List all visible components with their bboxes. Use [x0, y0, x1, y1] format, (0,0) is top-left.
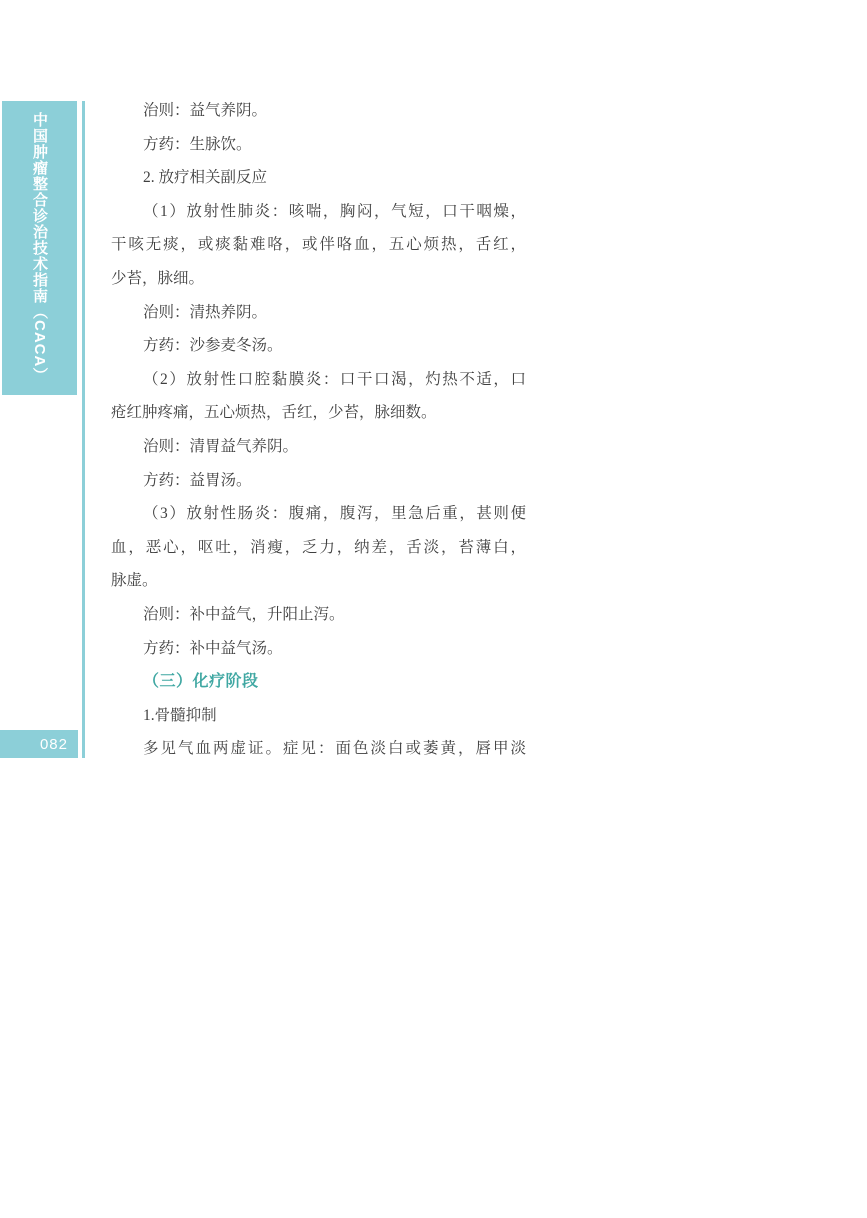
text-line: 治则：补中益气，升阳止泻。	[111, 598, 526, 632]
text-line: 治则：益气养阴。	[111, 94, 526, 128]
text-line: 少苔，脉细。	[111, 262, 526, 296]
text-line: 1.骨髓抑制	[111, 699, 526, 733]
text-line: 干咳无痰，或痰黏难咯，或伴咯血，五心烦热，舌红，	[111, 228, 526, 262]
page-content: 治则：益气养阴。 方药：生脉饮。 2. 放疗相关副反应 （1）放射性肺炎：咳喘，…	[111, 94, 526, 766]
text-line: 脉虚。	[111, 564, 526, 598]
book-spine-banner: 中国肿瘤整合诊治技术指南（CACA）	[2, 101, 77, 395]
margin-divider-line	[82, 101, 85, 758]
section-heading: （三）化疗阶段	[111, 665, 526, 699]
page-number: 082	[40, 736, 68, 753]
text-line: （1）放射性肺炎：咳喘，胸闷，气短，口干咽燥，	[111, 195, 526, 229]
text-line: 方药：生脉饮。	[111, 128, 526, 162]
text-line: 多见气血两虚证。症见：面色淡白或萎黄，唇甲淡	[111, 732, 526, 766]
text-line: （3）放射性肠炎：腹痛，腹泻，里急后重，甚则便	[111, 497, 526, 531]
book-title-vertical: 中国肿瘤整合诊治技术指南（CACA）	[29, 112, 50, 383]
text-line: 治则：清胃益气养阴。	[111, 430, 526, 464]
text-line: 方药：补中益气汤。	[111, 632, 526, 666]
text-line: 2. 放疗相关副反应	[111, 161, 526, 195]
text-line: 血，恶心，呕吐，消瘦，乏力，纳差，舌淡，苔薄白，	[111, 531, 526, 565]
text-line: 疮红肿疼痛，五心烦热，舌红，少苔，脉细数。	[111, 396, 526, 430]
text-line: 方药：沙参麦冬汤。	[111, 329, 526, 363]
page-number-badge: 082	[0, 730, 78, 758]
book-page: 中国肿瘤整合诊治技术指南（CACA） 082 治则：益气养阴。 方药：生脉饮。 …	[0, 0, 867, 1218]
text-line: （2）放射性口腔黏膜炎：口干口渴，灼热不适，口	[111, 363, 526, 397]
text-line: 治则：清热养阴。	[111, 296, 526, 330]
text-line: 方药：益胃汤。	[111, 464, 526, 498]
